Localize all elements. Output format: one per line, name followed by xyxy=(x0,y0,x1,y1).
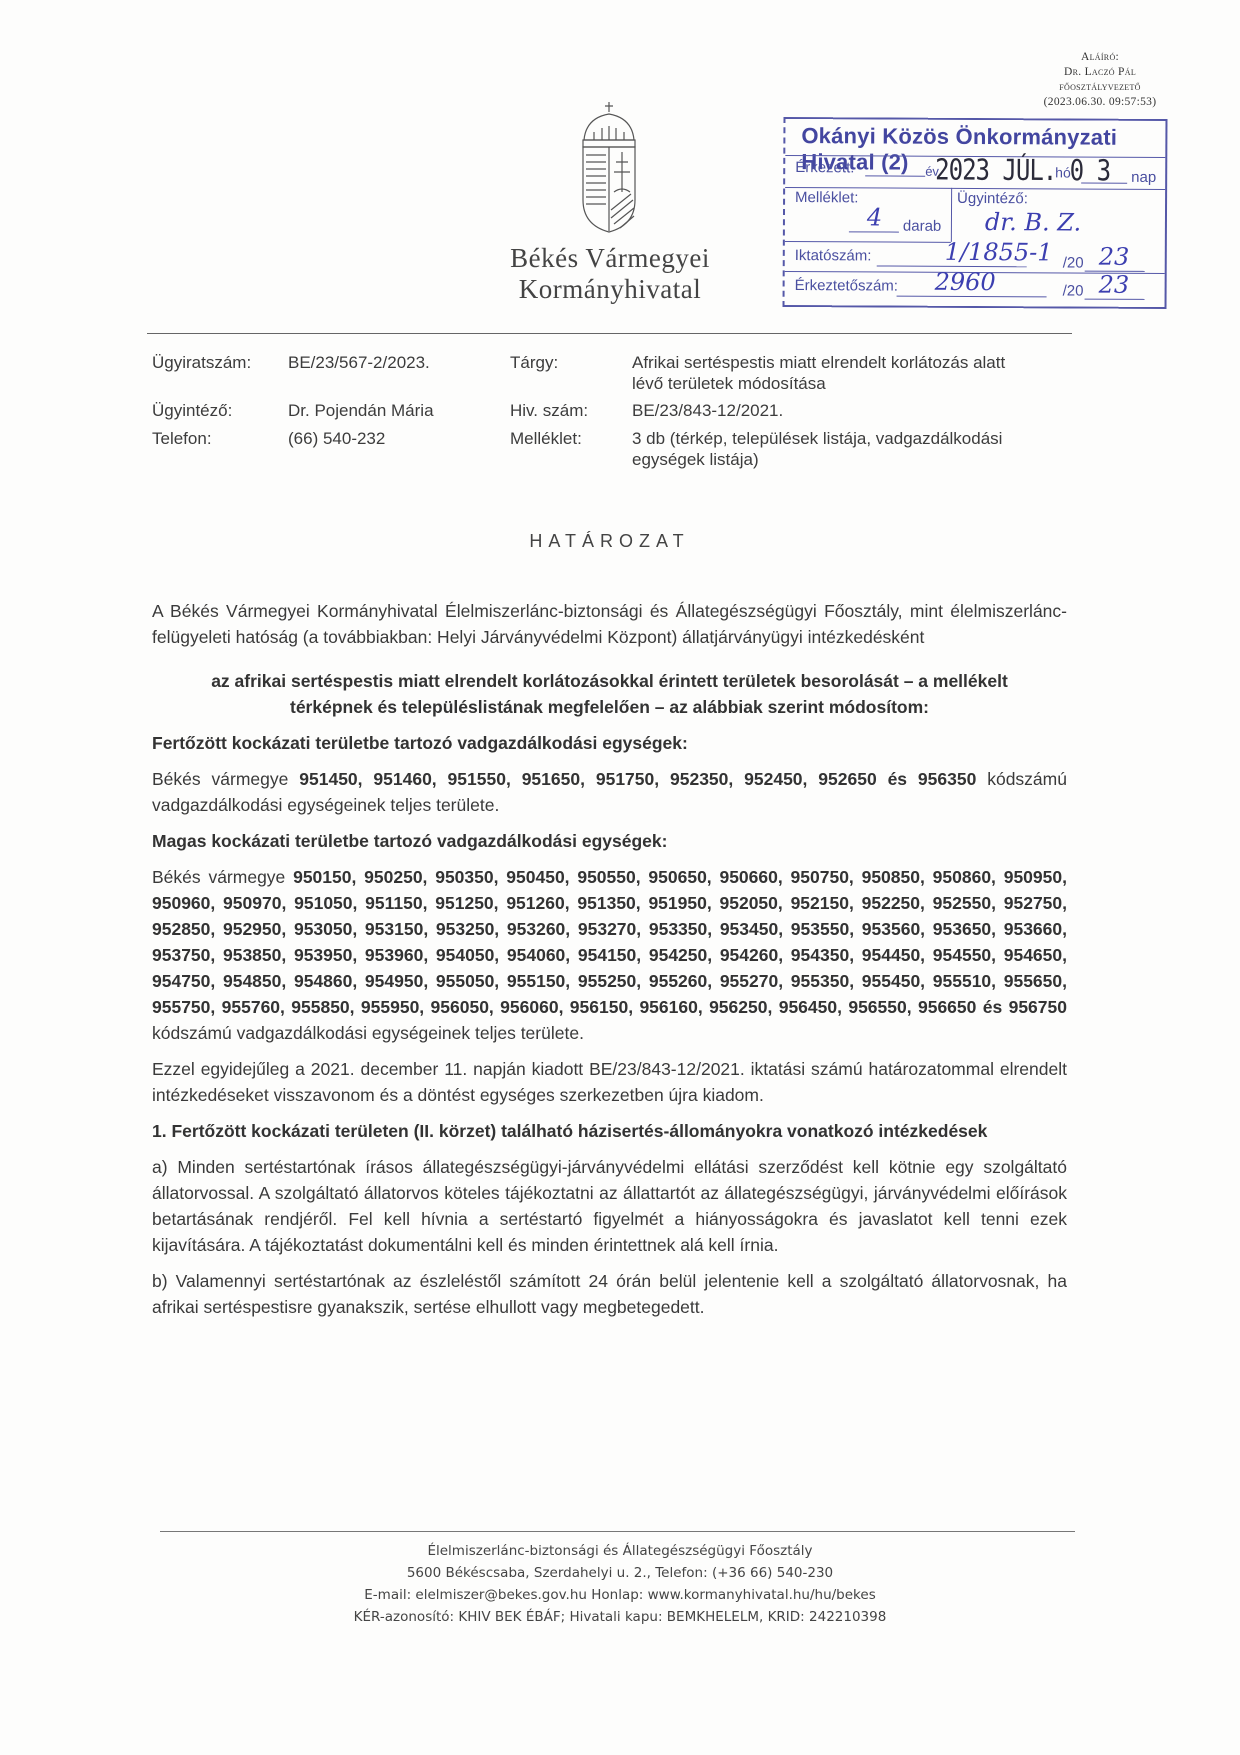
attachment-line-1: 3 db (térkép, települések listája, vadga… xyxy=(632,428,1002,450)
stamp-handler-label: Ügyintéző: xyxy=(957,190,1028,207)
stamp-arrival-label: Érkeztetőszám: xyxy=(795,277,898,295)
stamp-nap: nap xyxy=(1131,169,1156,186)
signer-title: főosztályvezető xyxy=(960,80,1240,95)
document-body: A Békés Vármegyei Kormányhivatal Élelmis… xyxy=(152,598,1067,1320)
high-risk-heading: Magas kockázati területbe tartozó vadgaz… xyxy=(152,828,1067,854)
signer-timestamp: (2023.06.30. 09:57:53) xyxy=(960,95,1240,110)
officer-value: Dr. Pojendán Mária xyxy=(288,400,434,422)
footer-department: Élelmiszerlánc-biztonsági és Állategészs… xyxy=(300,1540,940,1562)
issuer-line-1: Békés Vármegyei xyxy=(470,243,750,274)
case-no-label: Ügyiratszám: xyxy=(152,352,251,374)
high-risk-list: Békés vármegye 950150, 950250, 950350, 9… xyxy=(152,864,1067,1046)
stamp-arrival-value: 2960 xyxy=(935,268,996,296)
footer-divider xyxy=(160,1531,1075,1532)
intro-paragraph: A Békés Vármegyei Kormányhivatal Élelmis… xyxy=(152,598,1067,650)
item-a-paragraph: a) Minden sertéstartónak írásos állategé… xyxy=(152,1154,1067,1258)
attachment-label: Melléklet: xyxy=(510,428,582,450)
stamp-filing-year: 23 xyxy=(1099,243,1130,271)
footer-ids: KÉR-azonosító: KHIV BEK ÉBÁF; Hivatali k… xyxy=(300,1606,940,1628)
phone-value: (66) 540-232 xyxy=(288,428,385,450)
subject-line-1: Afrikai sertéspestis miatt elrendelt kor… xyxy=(632,352,1005,374)
footer-address: 5600 Békéscsaba, Szerdahelyi u. 2., Tele… xyxy=(300,1562,940,1584)
officer-label: Ügyintéző: xyxy=(152,400,232,422)
stamp-arrival-year: 23 xyxy=(1099,271,1130,299)
infected-list: Békés vármegye 951450, 951460, 951550, 9… xyxy=(152,766,1067,818)
coat-of-arms-icon xyxy=(574,100,644,235)
stamp-darab: darab xyxy=(903,218,941,235)
issuer-line-2: Kormányhivatal xyxy=(470,274,750,305)
signer-block: Aláíró: Dr. Laczó Pál főosztályvezető (2… xyxy=(960,50,1240,110)
stamp-handler-value: dr. B. Z. xyxy=(985,208,1081,237)
high-risk-suffix: kódszámú vadgazdálkodási egységeinek tel… xyxy=(152,1023,584,1043)
document-title: HATÁROZAT xyxy=(147,531,1072,552)
section-1-heading: 1. Fertőzött kockázati területen (II. kö… xyxy=(152,1118,1067,1144)
received-stamp: Okányi Közös Önkormányzati Hivatal (2) É… xyxy=(783,117,1168,309)
stamp-attachment-count: 4 xyxy=(867,203,882,231)
decision-paragraph: az afrikai sertéspestis miatt elrendelt … xyxy=(152,668,1067,720)
issuer-name: Békés Vármegyei Kormányhivatal xyxy=(470,243,750,305)
signer-name: Dr. Laczó Pál xyxy=(960,65,1240,80)
phone-label: Telefon: xyxy=(152,428,212,450)
header-divider xyxy=(147,333,1072,334)
signer-label: Aláíró: xyxy=(960,50,1240,65)
revocation-paragraph: Ezzel egyidejűleg a 2021. december 11. n… xyxy=(152,1056,1067,1108)
stamp-filing-year-prefix: /20 xyxy=(1063,254,1084,271)
infected-heading: Fertőzött kockázati területbe tartozó va… xyxy=(152,730,1067,756)
high-risk-prefix: Békés vármegye xyxy=(152,867,285,887)
stamp-ho: hó xyxy=(1055,164,1071,180)
item-b-paragraph: b) Valamennyi sertéstartónak az észlelés… xyxy=(152,1268,1067,1320)
subject-label: Tárgy: xyxy=(510,352,558,374)
stamp-filing-label: Iktatószám: xyxy=(795,247,872,264)
footer-contact: E-mail: elelmiszer@bekes.gov.hu Honlap: … xyxy=(300,1584,940,1606)
case-no-value: BE/23/567-2/2023. xyxy=(288,352,430,374)
reference-value: BE/23/843-12/2021. xyxy=(632,400,783,422)
high-risk-ids: 950150, 950250, 950350, 950450, 950550, … xyxy=(152,867,1067,1017)
stamp-attachment-label: Melléklet: xyxy=(795,189,858,206)
footer: Élelmiszerlánc-biztonsági és Állategészs… xyxy=(300,1540,940,1628)
reference-label: Hiv. szám: xyxy=(510,400,588,422)
stamp-arrival-year-prefix: /20 xyxy=(1063,282,1084,299)
stamp-received-label: Érkezett: xyxy=(795,159,854,176)
stamp-filing-value: 1/1855-1 xyxy=(945,238,1053,267)
attachment-line-2: egységek listája) xyxy=(632,449,759,471)
infected-prefix: Békés vármegye xyxy=(152,769,288,789)
infected-ids: 951450, 951460, 951550, 951650, 951750, … xyxy=(299,769,976,789)
subject-line-2: lévő területek módosítása xyxy=(632,373,826,395)
